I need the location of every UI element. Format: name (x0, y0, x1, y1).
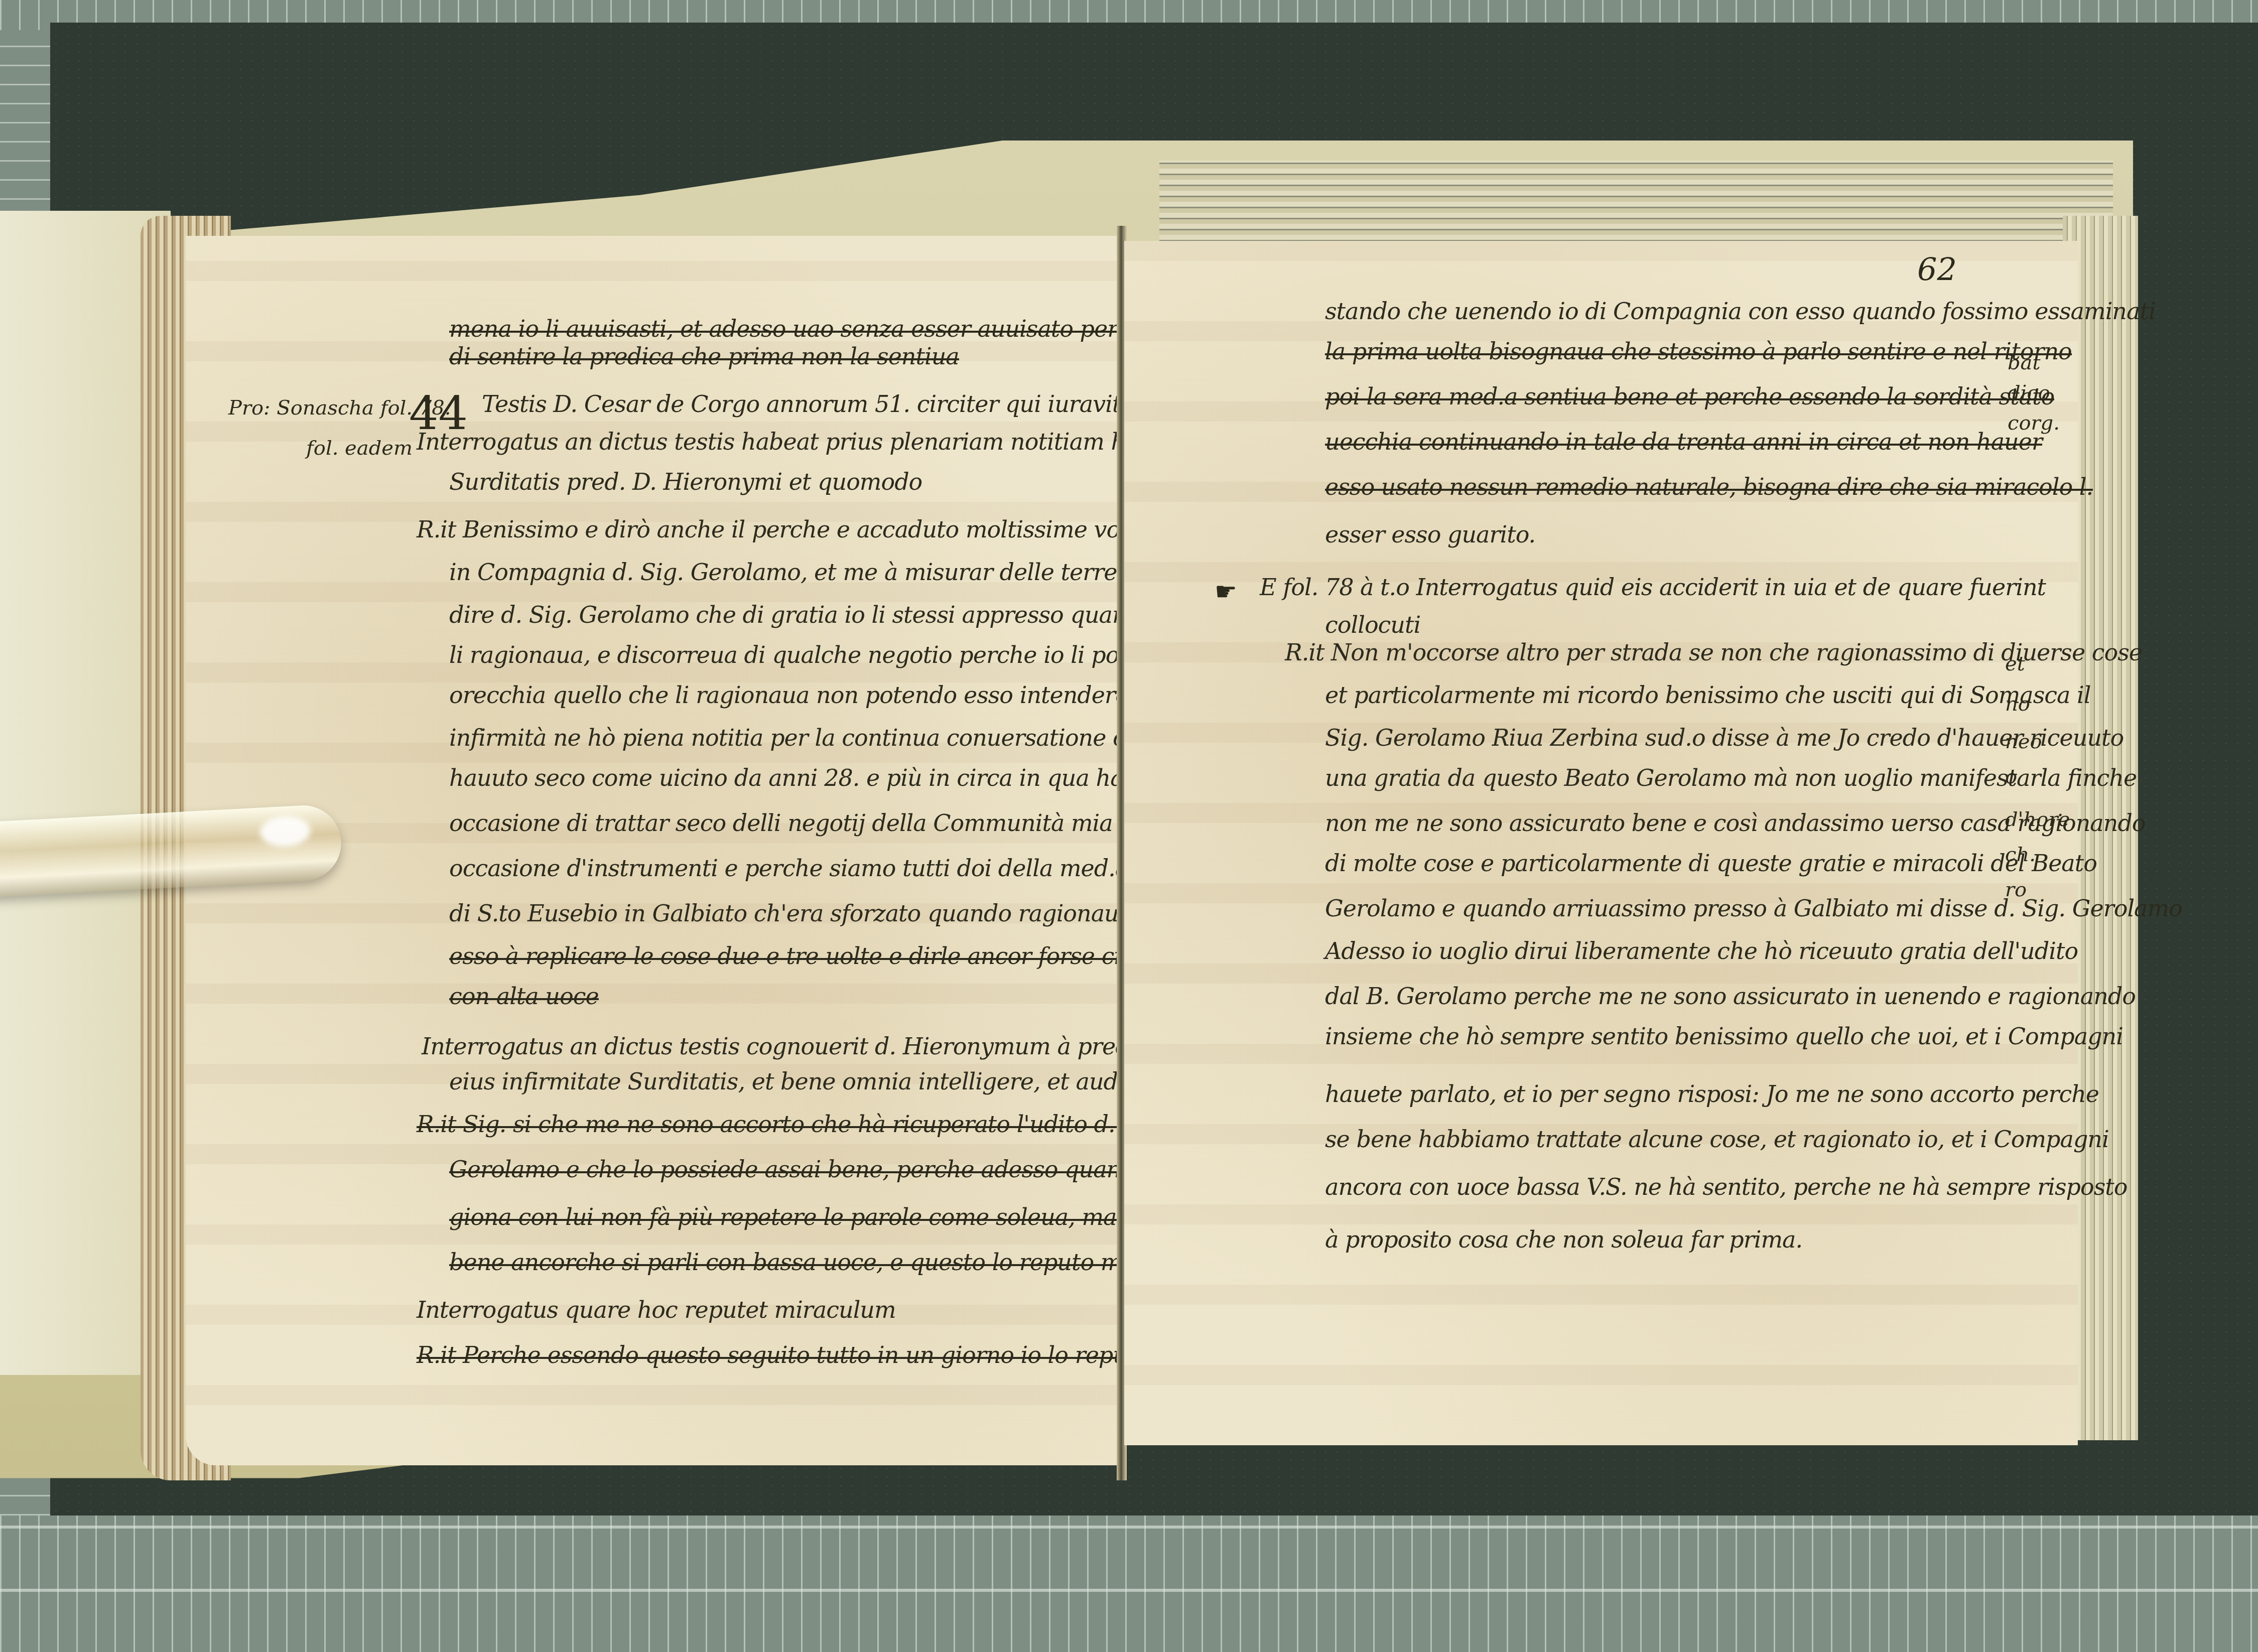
pointing-hand-icon: ☛ (1215, 577, 1237, 606)
text-line: esso à replicare le cose due e tre uolte… (449, 956, 1134, 960)
edge-fragment: corg. (2008, 411, 2060, 435)
text-line: esso usato nessun remedio naturale, biso… (1325, 487, 2093, 491)
text-line: uecchia continuando in tale da trenta an… (1325, 442, 2042, 446)
text-line: di sentire la predica che prima non la s… (449, 356, 959, 360)
edge-fragment: neo (2005, 730, 2042, 753)
folio-number: 62 (1917, 251, 1957, 288)
edge-fragment: ro (2005, 878, 2027, 901)
edge-fragment: ch. (2005, 843, 2036, 866)
edge-fragment: dico (2008, 381, 2050, 404)
text-line: la prima uolta bisognaua che stessimo à … (1325, 351, 2072, 355)
right-page (1124, 241, 2078, 1445)
grid-ruler-bottom (0, 1516, 2258, 1652)
edge-fragment: bat (2008, 351, 2041, 374)
text-line: R.it Sig. si che me ne sono accorto che … (417, 1124, 1165, 1128)
text-line: poi la sera med.a sentiua bene et perche… (1325, 396, 2054, 400)
glass-highlight (259, 815, 311, 848)
margin-note-folio: fol. eadem (306, 437, 413, 460)
text-line: con alta uoce (449, 996, 599, 1000)
margin-note-reference: Pro: Sonascha fol. 78. (228, 396, 451, 420)
edge-fragment: o (2005, 765, 2017, 788)
edge-fragment: d'hore (2005, 808, 2070, 831)
text-line: giona con lui non fà più repetere le par… (449, 1217, 1209, 1221)
edge-fragment: no (2005, 693, 2030, 716)
page-stack-top (1159, 161, 2113, 246)
edge-fragment: et (2005, 652, 2025, 675)
text-line: bene ancorche si parli con bassa uoce, e… (449, 1262, 1199, 1266)
